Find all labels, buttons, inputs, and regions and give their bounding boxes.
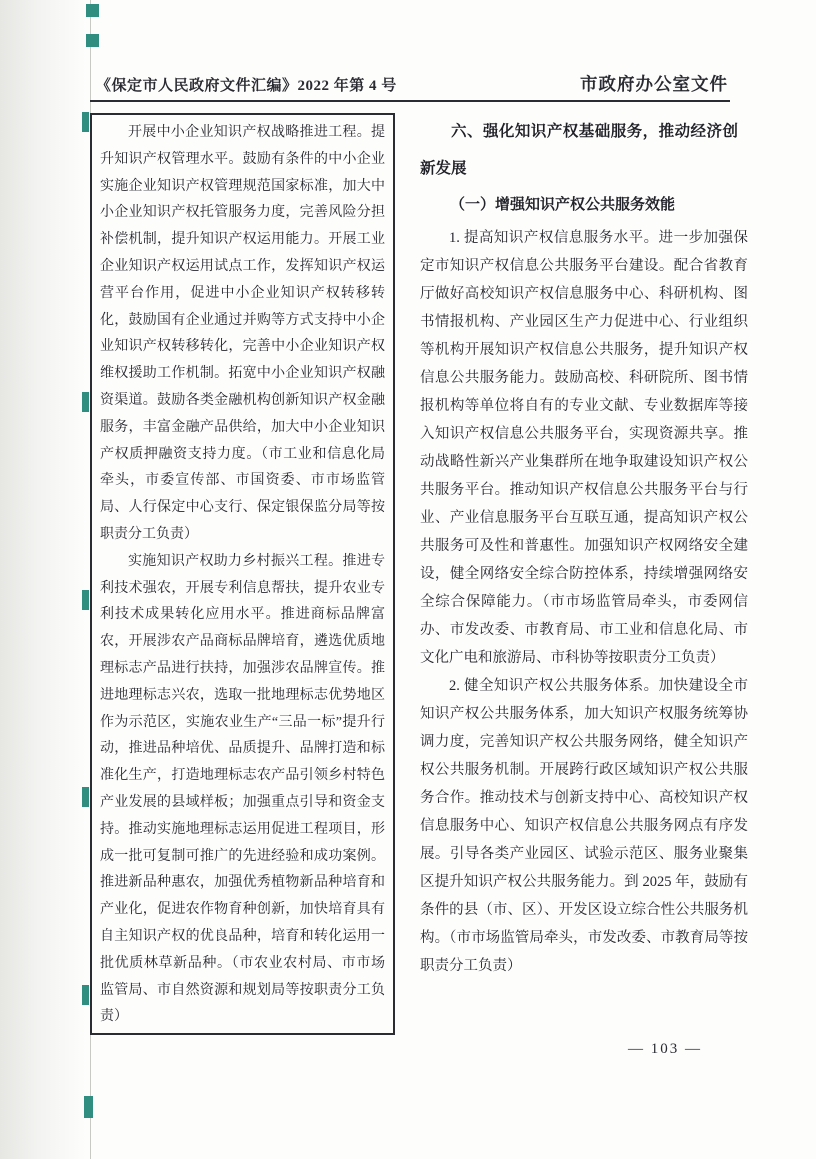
page-number: — 103 — — [628, 1041, 702, 1058]
left-text-box: 开展中小企业知识产权战略推进工程。提升知识产权管理水平。鼓励有条件的中小企业实施… — [90, 113, 395, 1035]
paragraph-ip-public-service-system: 2. 健全知识产权公共服务体系。加快建设全市知识产权公共服务体系，加大知识产权服… — [420, 672, 748, 980]
scan-mark — [82, 112, 89, 132]
subsection-heading: （一）增强知识产权公共服务效能 — [420, 187, 748, 224]
scan-left-edge-shading — [0, 0, 86, 1159]
section-heading: 六、强化知识产权基础服务，推动经济创新发展 — [420, 113, 738, 187]
scan-mark — [82, 787, 89, 807]
right-text-column: 六、强化知识产权基础服务，推动经济创新发展 （一）增强知识产权公共服务效能 1.… — [420, 113, 748, 980]
scan-mark — [82, 392, 89, 412]
paragraph-rural-revitalization: 实施知识产权助力乡村振兴工程。推进专利技术强农，开展专利信息帮扶，提升农业专利技… — [100, 549, 385, 1031]
scanned-document-page: 《保定市人民政府文件汇编》2022 年第 4 号 市政府办公室文件 开展中小企业… — [0, 0, 816, 1159]
header-compilation-title: 《保定市人民政府文件汇编》2022 年第 4 号 — [96, 74, 426, 95]
scan-mark — [86, 4, 99, 17]
paragraph-ip-info-service: 1. 提高知识产权信息服务水平。进一步加强保定市知识产权信息公共服务平台建设。配… — [420, 224, 748, 672]
scan-mark — [82, 590, 89, 610]
scan-mark — [84, 1096, 93, 1118]
paragraph-sme-ip-strategy: 开展中小企业知识产权战略推进工程。提升知识产权管理水平。鼓励有条件的中小企业实施… — [100, 120, 385, 549]
scan-mark — [86, 34, 99, 47]
header-rule — [90, 100, 730, 102]
header-document-category: 市政府办公室文件 — [580, 71, 728, 96]
scan-mark — [82, 985, 89, 1005]
